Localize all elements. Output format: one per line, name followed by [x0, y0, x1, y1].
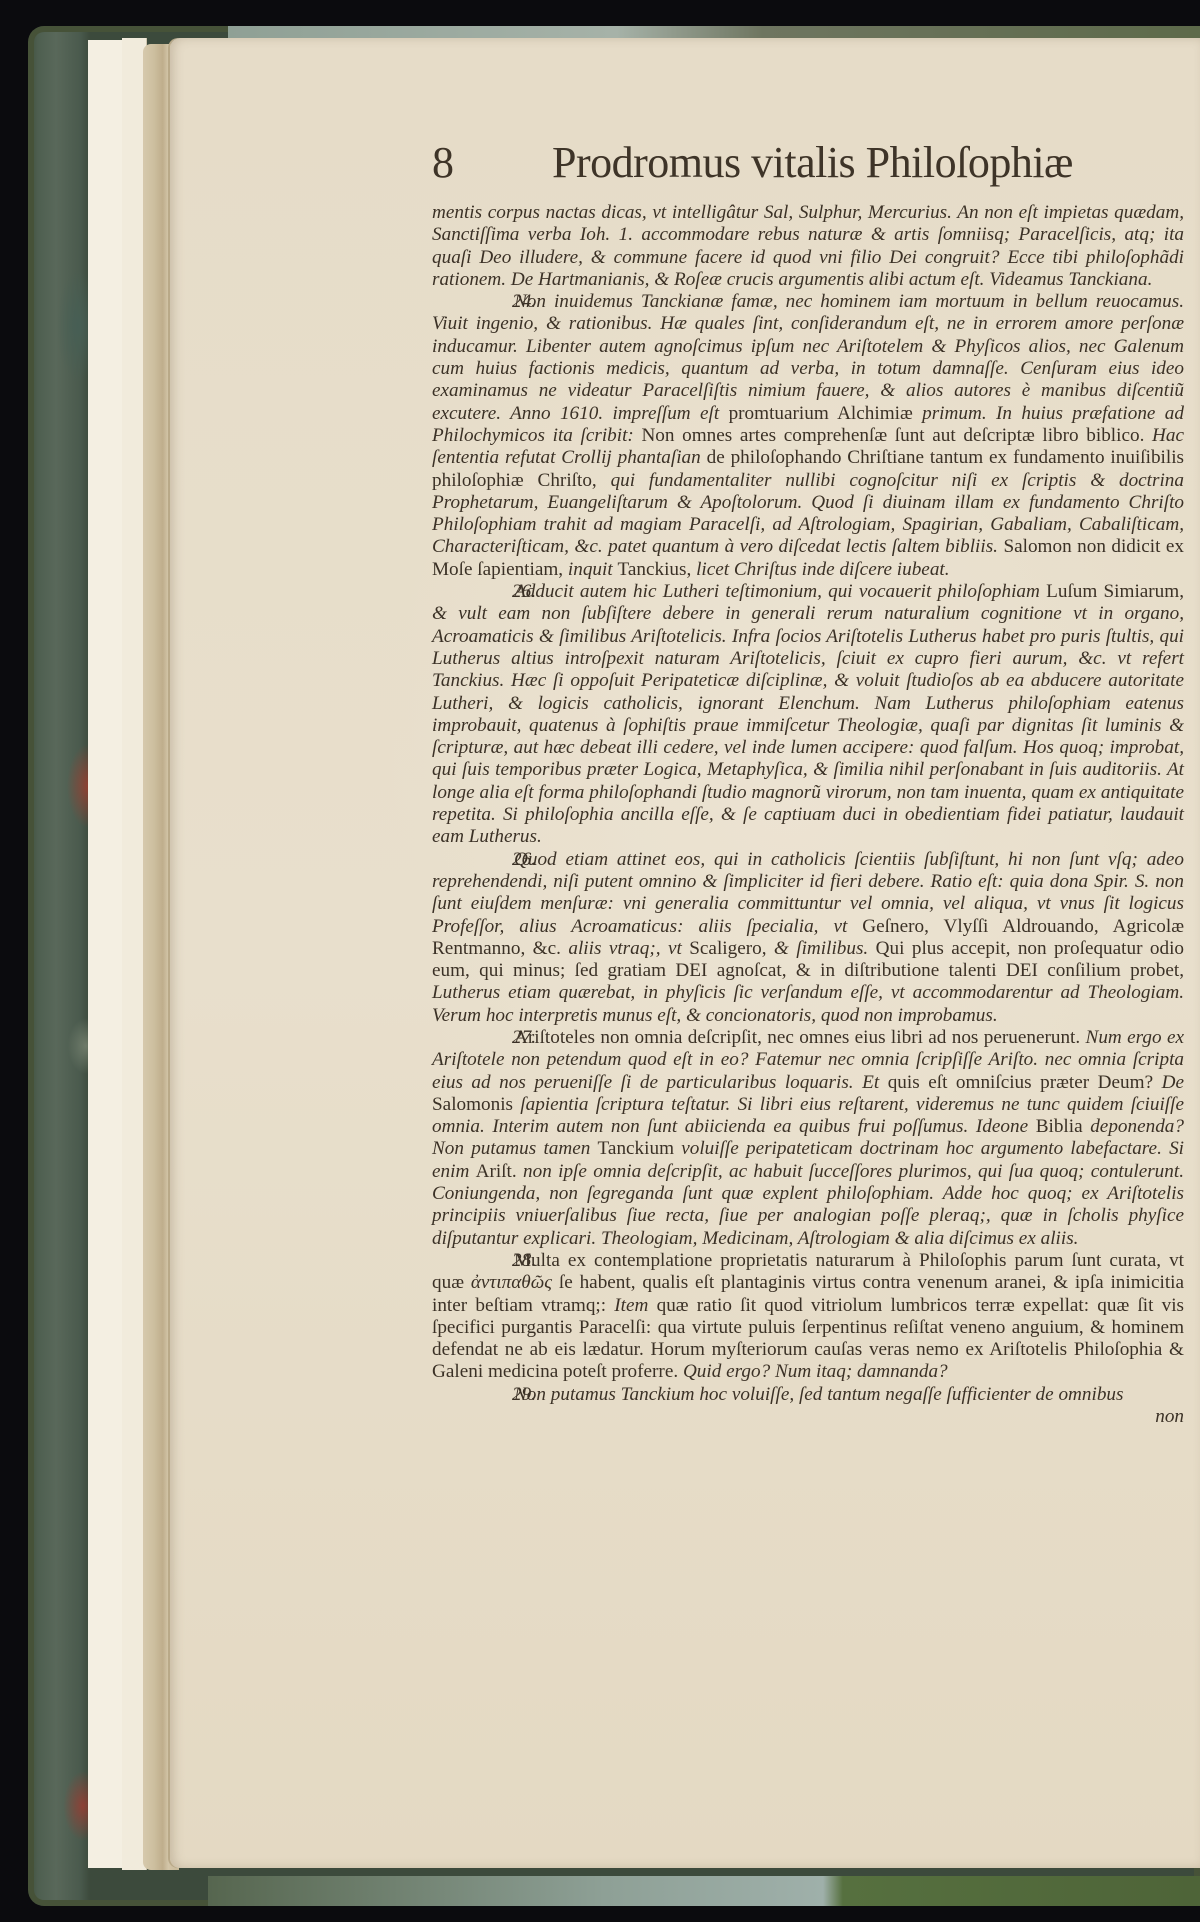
- paragraph-number: 28.: [472, 1250, 514, 1272]
- page-header: 8 Prodromus vitalis Philoſophiæ: [432, 138, 1192, 188]
- body-text: mentis corpus nactas dicas, vt intelligâ…: [432, 202, 1184, 1428]
- paragraph-p29: 29.Non putamus Tanckium hoc voluiſſe, ſe…: [432, 1384, 1184, 1406]
- text-segment: Item: [614, 1295, 656, 1316]
- paragraph-number: 27.: [472, 1027, 514, 1049]
- text-segment: mentis corpus nactas dicas, vt intelligâ…: [432, 202, 1184, 290]
- text-segment: non ipſe omnia deſcripſit, ac habuit ſuc…: [432, 1161, 1184, 1249]
- text-segment: licet Chriſtus inde diſcere iubeat.: [696, 559, 949, 580]
- text-segment: Tanckius,: [617, 559, 696, 580]
- text-segment: & ſimilibus.: [774, 938, 876, 959]
- paragraph-number: 26.: [472, 849, 514, 871]
- paragraph-number: 24.: [472, 291, 514, 313]
- text-segment: quis eſt omniſcius præter Deum?: [888, 1072, 1162, 1093]
- paragraph-p28: 28.Multa ex contemplatione proprietatis …: [432, 1250, 1184, 1384]
- text-segment: Salomonis: [432, 1094, 520, 1115]
- text-segment: ἀντιπαθῶς: [471, 1272, 559, 1293]
- paragraph-p26b: 26.Quod etiam attinet eos, qui in cathol…: [432, 849, 1184, 1027]
- text-segment: Lutherus etiam quærebat, in phyſicis ſic…: [432, 982, 1184, 1025]
- text-segment: Adducit autem hic Lutheri teſtimonium, q…: [514, 581, 1046, 602]
- text-segment: Biblia: [1036, 1116, 1091, 1137]
- text-segment: inquit: [568, 559, 618, 580]
- text-segment: promtuarium Alchimiæ: [729, 403, 923, 424]
- text-segment: Quid ergo? Num itaq; damnanda?: [683, 1361, 948, 1382]
- text-segment: Scaligero,: [689, 938, 774, 959]
- paragraph-p24: 24.Non inuidemus Tanckianæ famæ, nec hom…: [432, 291, 1184, 581]
- cover-top-edge: [228, 26, 1200, 38]
- paragraph-number: 26.: [472, 581, 514, 603]
- paragraph-p27: 27.Ariſtoteles non omnia deſcripſit, nec…: [432, 1027, 1184, 1250]
- text-segment: & vult eam non ſubſiſtere debere in gene…: [432, 603, 1184, 847]
- text-segment: Ariſtoteles non omnia deſcripſit, nec om…: [514, 1027, 1086, 1048]
- text-segment: Non omnes artes comprehenſæ ſunt aut deſ…: [641, 425, 1152, 446]
- paragraph-p26a: 26.Adducit autem hic Lutheri teſtimonium…: [432, 581, 1184, 849]
- catchword: non: [432, 1406, 1184, 1428]
- cover-bottom-edge: [208, 1876, 1200, 1906]
- text-segment: Tanckium: [598, 1138, 682, 1159]
- text-segment: aliis vtraq;, vt: [568, 938, 689, 959]
- text-segment: Luſum Simiarum,: [1046, 581, 1184, 602]
- paragraph-number: 29.: [472, 1384, 514, 1406]
- paragraph-cont: mentis corpus nactas dicas, vt intelligâ…: [432, 202, 1184, 291]
- text-segment: Ariſt.: [476, 1161, 523, 1182]
- text-segment: Non putamus Tanckium hoc voluiſſe, ſed t…: [514, 1384, 1123, 1405]
- running-title: Prodromus vitalis Philoſophiæ: [552, 138, 1073, 188]
- page-number: 8: [432, 138, 454, 188]
- flyleaf-outer: [88, 40, 125, 1868]
- text-segment: De: [1162, 1072, 1184, 1093]
